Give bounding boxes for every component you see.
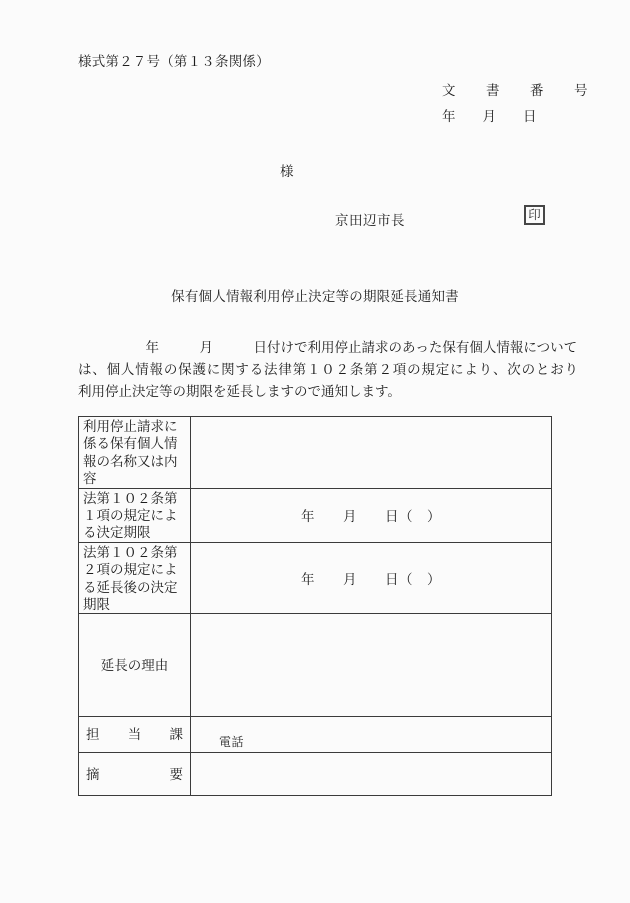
retained-info-name-label: 利用停止請求に 係る保有個人情 報の名称又は内 容 (79, 417, 191, 489)
retained-info-name-field (191, 417, 552, 489)
decision-deadline-field: 年 月 日（ ） (191, 488, 552, 542)
extension-reason-label: 延長の理由 (79, 614, 191, 717)
body-paragraph: 年 月 日付けで利用停止請求のあった保有個人情報について は、個人情報の保護に関… (78, 337, 578, 403)
remarks-field (191, 753, 552, 796)
document-number-label: 文 書 番 号 (442, 79, 596, 99)
department-field: 電話 (191, 717, 552, 753)
body-line-1: 年 月 日付けで利用停止請求のあった保有個人情報について (78, 337, 578, 359)
table-row: 法第１０２条第 ２項の規定によ る延長後の決定 期限 年 月 日（ ） (79, 542, 552, 614)
remarks-label: 摘要 (79, 753, 191, 796)
table-row: 摘要 (79, 753, 552, 796)
table-row: 延長の理由 (79, 614, 552, 717)
addressee-honorific: 様 (280, 160, 294, 180)
phone-label: 電話 (219, 733, 244, 750)
body-line-3: 利用停止決定等の期限を延長しますので通知します。 (78, 381, 578, 403)
document-page: 様式第２７号（第１３条関係） 文 書 番 号 年 月 日 様 京田辺市長 印 保… (0, 0, 630, 903)
extended-deadline-field: 年 月 日（ ） (191, 542, 552, 614)
body-line-2: は、個人情報の保護に関する法律第１０２条第２項の規定により、次のとおり (78, 359, 578, 381)
document-title: 保有個人情報利用停止決定等の期限延長通知書 (0, 285, 630, 305)
form-table: 利用停止請求に 係る保有個人情 報の名称又は内 容 法第１０２条第 １項の規定に… (78, 416, 552, 796)
table-row: 法第１０２条第 １項の規定によ る決定期限 年 月 日（ ） (79, 488, 552, 542)
seal-icon: 印 (524, 205, 545, 225)
table-row: 担当課 電話 (79, 717, 552, 753)
date-blank-line: 年 月 日 (442, 105, 537, 125)
article102-1-deadline-label: 法第１０２条第 １項の規定によ る決定期限 (79, 488, 191, 542)
form-number: 様式第２７号（第１３条関係） (78, 50, 270, 70)
sender-mayor-name: 京田辺市長 (335, 209, 405, 229)
extension-reason-field (191, 614, 552, 717)
department-label: 担当課 (79, 717, 191, 753)
table-row: 利用停止請求に 係る保有個人情 報の名称又は内 容 (79, 417, 552, 489)
article102-2-extended-deadline-label: 法第１０２条第 ２項の規定によ る延長後の決定 期限 (79, 542, 191, 614)
